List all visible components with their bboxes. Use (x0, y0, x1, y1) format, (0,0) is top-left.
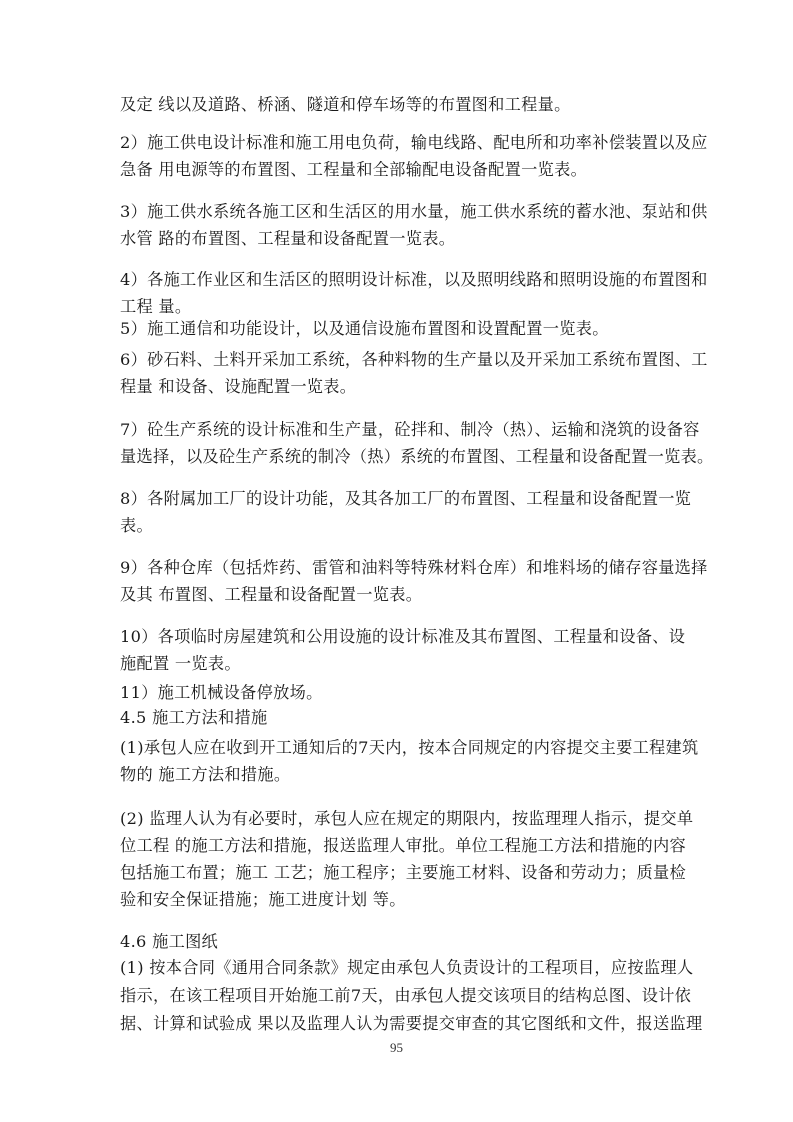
text-line: 表。 (120, 515, 680, 537)
text-line: 包括施工布置；施工 工艺；施工程序；主要施工材料、设备和劳动力；质量检 (120, 862, 680, 884)
text-line: 9）各种仓库（包括炸药、雷管和油料等特殊材料仓库）和堆料场的储存容量选择 (120, 557, 680, 579)
text-line: 量选择，以及砼生产系统的制冷（热）系统的布置图、工程量和设备配置一览表。 (120, 446, 680, 468)
text-line: (1) 按本合同《通用合同条款》规定由承包人负责设计的工程项目，应按监理人 (120, 957, 680, 979)
text-line: 急备 用电源等的布置图、工程量和全部输配电设备配置一览表。 (120, 159, 680, 181)
text-line: 施配置 一览表。 (120, 653, 680, 675)
text-line: 8）各附属加工厂的设计功能，及其各加工厂的布置图、工程量和设备配置一览 (120, 488, 680, 510)
text-line: 2）施工供电设计标准和施工用电负荷，输电线路、配电所和功率补偿装置以及应 (120, 132, 680, 154)
text-line: 及定 线以及道路、桥涵、隧道和停车场等的布置图和工程量。 (120, 94, 680, 116)
text-line: 程量 和设备、设施配置一览表。 (120, 376, 680, 398)
text-line: 位工程 的施工方法和措施，报送监理人审批。单位工程施工方法和措施的内容 (120, 835, 680, 857)
page-number: 95 (0, 1040, 793, 1056)
text-line: 据、计算和试验成 果以及监理人认为需要提交审查的其它图纸和文件，报送监理 (120, 1013, 680, 1035)
text-line: 7）砼生产系统的设计标准和生产量，砼拌和、制冷（热）、运输和浇筑的设备容 (120, 419, 680, 441)
text-line: 4）各施工作业区和生活区的照明设计标准，以及照明线路和照明设施的布置图和 (120, 269, 680, 291)
text-line: 水管 路的布置图、工程量和设备配置一览表。 (120, 228, 680, 250)
text-line: 验和安全保证措施；施工进度计划 等。 (120, 889, 680, 911)
text-line: 11）施工机械设备停放场。 (120, 682, 680, 704)
text-line: 4.5 施工方法和措施 (120, 707, 680, 729)
text-line: 5）施工通信和功能设计，以及通信设施布置图和设置配置一览表。 (120, 318, 680, 340)
text-line: (2) 监理人认为有必要时，承包人应在规定的期限内，按监理理人指示，提交单 (120, 808, 680, 830)
text-line: (1)承包人应在收到开工通知后的7天内，按本合同规定的内容提交主要工程建筑 (120, 737, 680, 759)
text-line: 指示，在该工程项目开始施工前7天，由承包人提交该项目的结构总图、设计依 (120, 985, 680, 1007)
text-line: 物的 施工方法和措施。 (120, 764, 680, 786)
text-line: 4.6 施工图纸 (120, 931, 680, 953)
text-line: 工程 量。 (120, 296, 680, 318)
document-page: 及定 线以及道路、桥涵、隧道和停车场等的布置图和工程量。2）施工供电设计标准和施… (0, 0, 793, 1122)
text-line: 6）砂石料、土料开采加工系统，各种料物的生产量以及开采加工系统布置图、工 (120, 349, 680, 371)
text-line: 3）施工供水系统各施工区和生活区的用水量，施工供水系统的蓄水池、泵站和供 (120, 201, 680, 223)
text-line: 及其 布置图、工程量和设备配置一览表。 (120, 584, 680, 606)
text-line: 10）各项临时房屋建筑和公用设施的设计标准及其布置图、工程量和设备、设 (120, 626, 680, 648)
